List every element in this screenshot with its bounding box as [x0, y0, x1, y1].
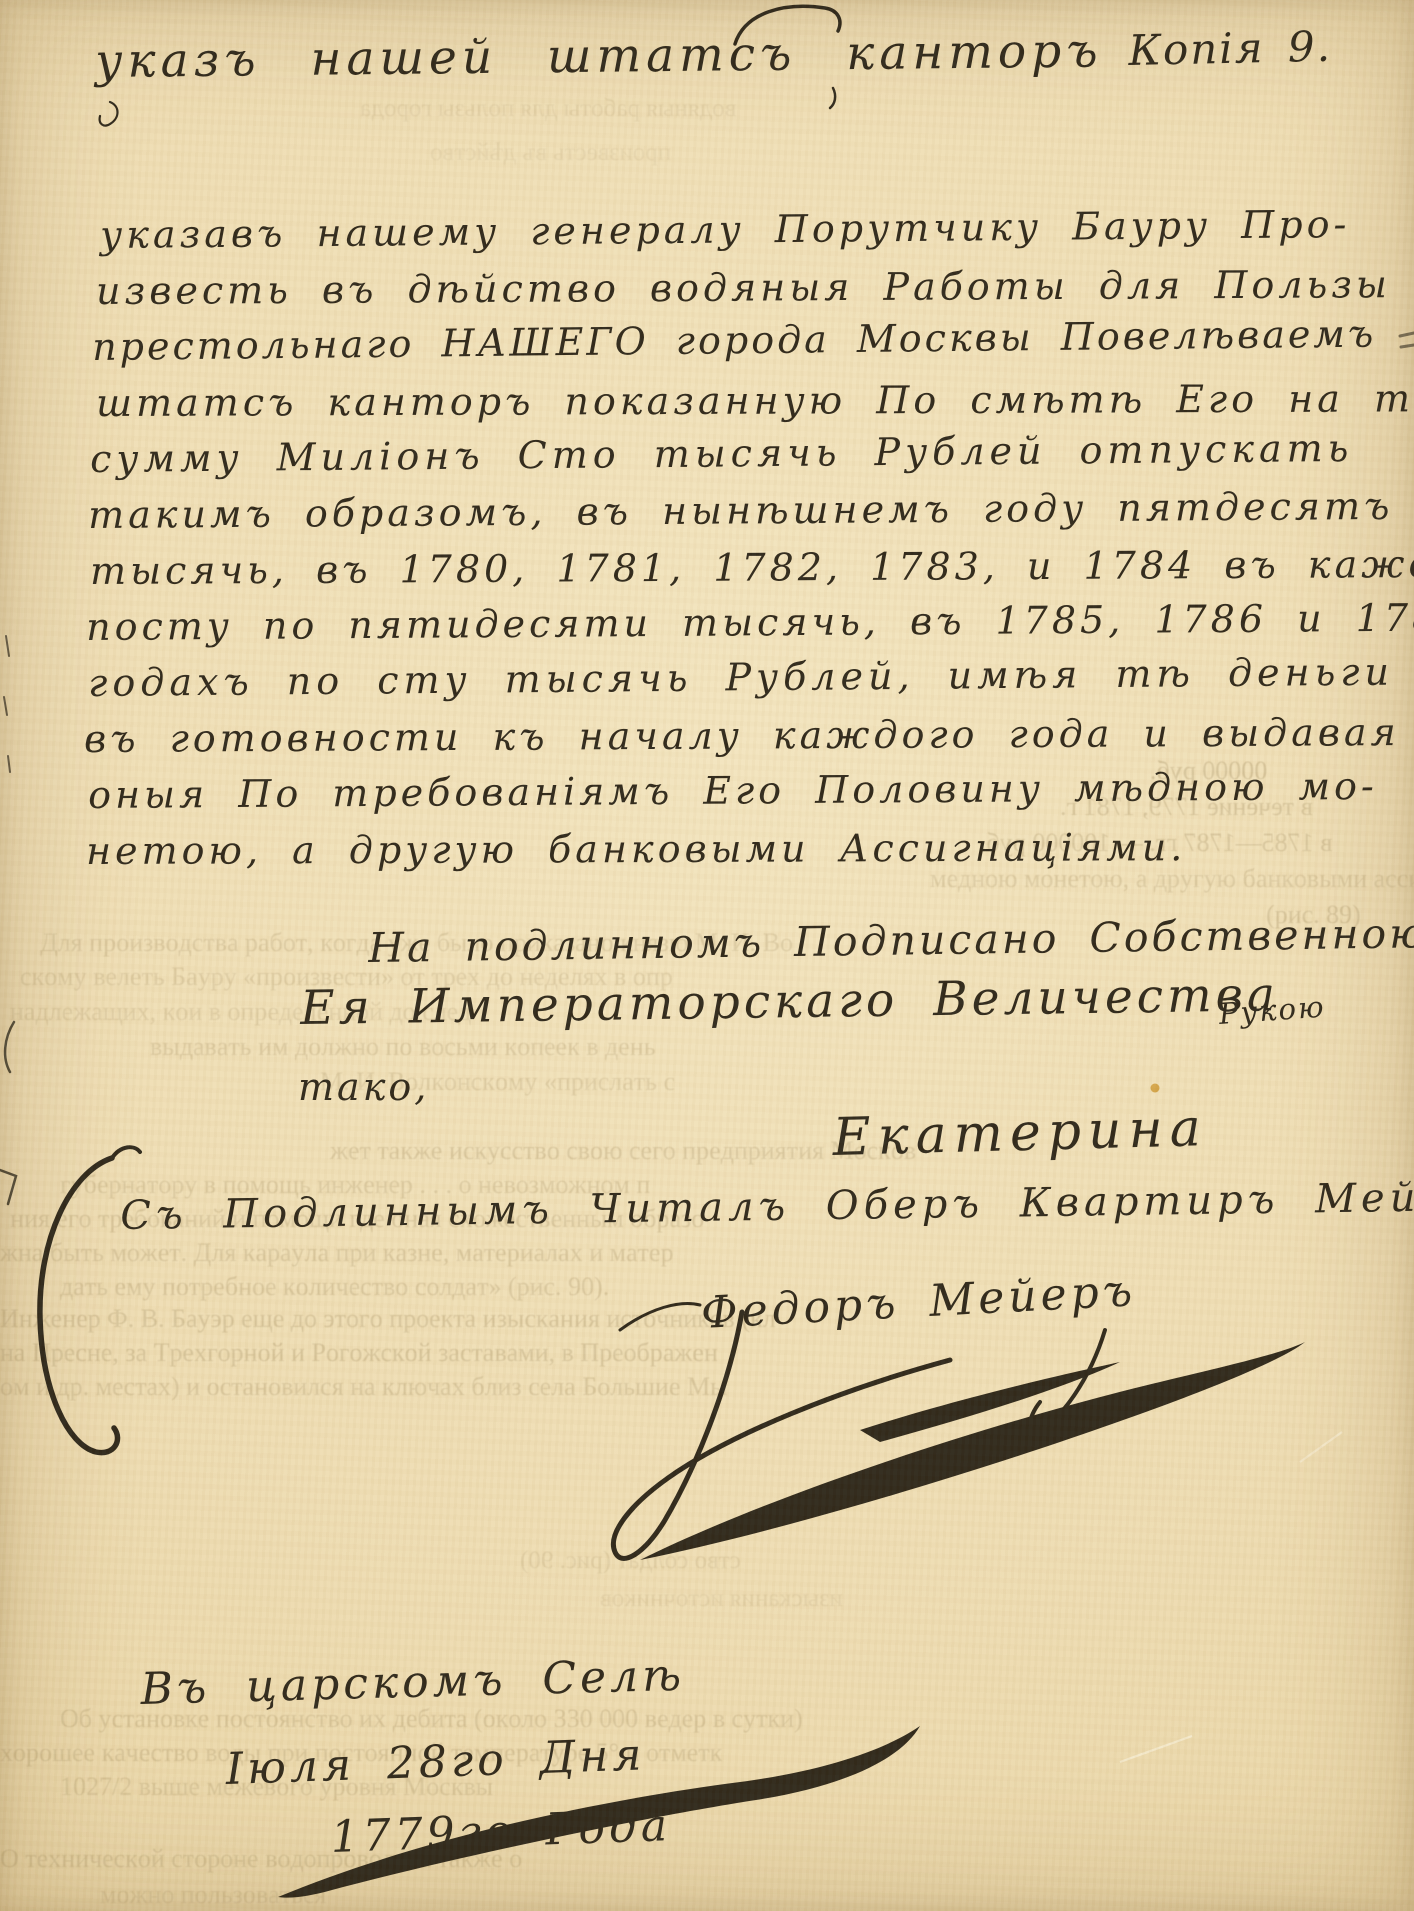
body-line: престольнаго НАШЕГО города Москвы Повелѣ…	[92, 315, 1376, 366]
clerk-signature: Федоръ Мейеръ	[700, 1269, 1137, 1336]
attestation-line: тако,	[298, 1068, 429, 1106]
header-title: указъ нашей штатсъ канторъ	[95, 27, 1103, 85]
body-line: сумму Миліонъ Сто тысячь Рублей отпускат…	[90, 429, 1354, 478]
copy-label: Копія 9.	[1128, 26, 1332, 72]
body-line: указавъ нашему генералу Порутчику Бауру …	[100, 205, 1350, 254]
body-line: годахъ по сту тысячь Рублей, имѣя тѣ ден…	[88, 653, 1394, 702]
attestation-line: На подлинномъ Подписано Собственною	[368, 913, 1414, 969]
body-line: такимъ образомъ, въ нынѣшнемъ году пятде…	[88, 487, 1393, 534]
attestation-line-small: Рукою	[1218, 993, 1326, 1029]
handwriting-layer: указъ нашей штатсъ канторъКопія 9.указав…	[0, 0, 1414, 1911]
body-line: тысячь, въ 1780, 1781, 1782, 1783, и 178…	[90, 544, 1414, 590]
body-line: нетою, а другую банковыми Ассигнаціями.	[86, 828, 1186, 870]
body-line: штатсъ канторъ показанную По смѣтѣ Его н…	[96, 379, 1414, 422]
body-line: въ готовности къ началу каждого года и в…	[84, 713, 1400, 758]
manuscript-page: водяныя работы для пользы городапроизвес…	[0, 0, 1414, 1911]
dateline-place: Въ царскомъ Селѣ	[140, 1654, 685, 1712]
attestation-line: Ея Императорскаго Величества	[300, 971, 1279, 1032]
body-line: оныя По требованіямъ Его Половину мѣдною…	[88, 767, 1378, 814]
body-line: известь въ дѣйство водяныя Работы для По…	[96, 265, 1391, 310]
imperial-signature: Екатерина	[832, 1102, 1208, 1164]
certification-line: Съ Подлиннымъ Читалъ Оберъ Квартиръ Мейс…	[120, 1176, 1414, 1236]
dateline-day: Іюля 28го Дня	[225, 1733, 646, 1792]
dateline-year: 1779го Года	[330, 1804, 672, 1860]
body-line: посту по пятидесяти тысячь, въ 1785, 178…	[86, 598, 1414, 646]
